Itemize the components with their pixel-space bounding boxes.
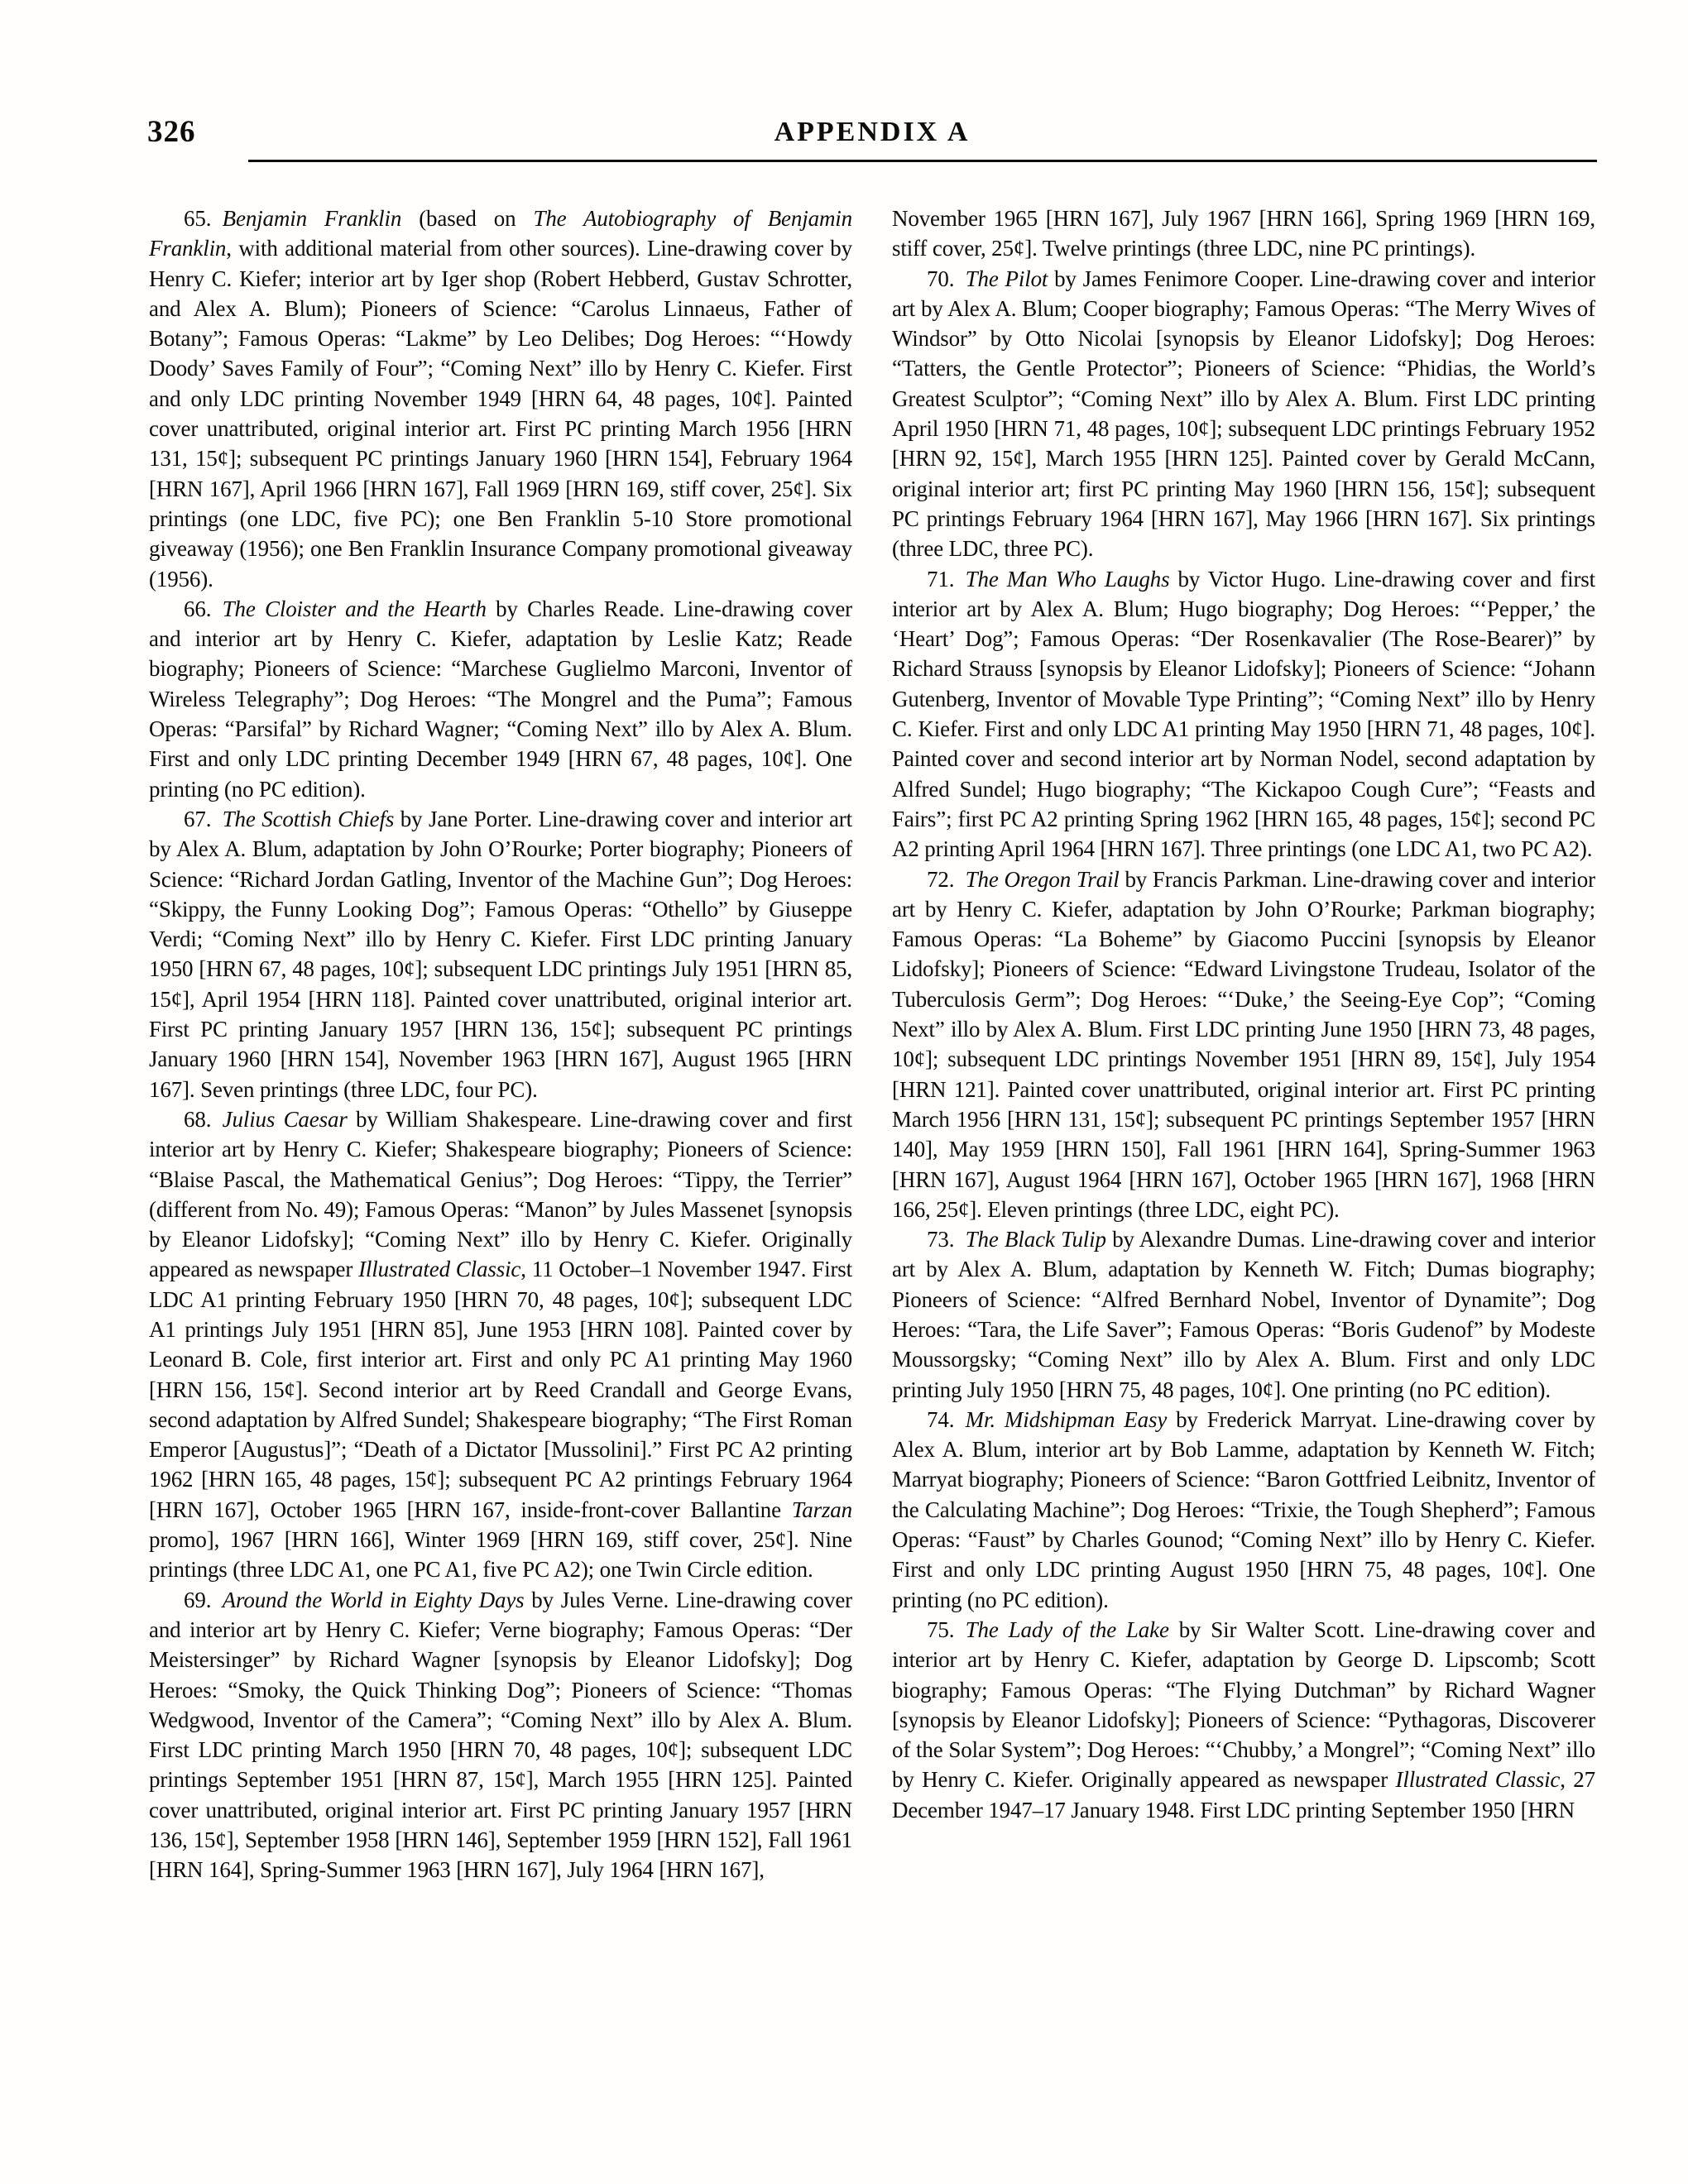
book-title-italic: The Scottish Chiefs — [223, 807, 395, 831]
book-title-italic: The Man Who Laughs — [966, 567, 1170, 591]
text-run: by Jane Porter. Line-drawing cover and i… — [149, 807, 852, 1102]
text-run: by James Fenimore Cooper. Line-drawing c… — [892, 266, 1595, 562]
header-rule — [248, 160, 1597, 162]
book-title-italic: Tarzan — [792, 1497, 852, 1522]
text-run: by Charles Reade. Line-drawing cover and… — [149, 596, 852, 802]
text-run: 70. — [927, 266, 966, 291]
text-run: , with additional material from other so… — [149, 236, 852, 591]
text-run: 68. — [184, 1107, 223, 1132]
book-title-italic: Around the World in Eighty Days — [223, 1588, 525, 1612]
book-title-italic: The Pilot — [966, 266, 1048, 291]
running-head-title: APPENDIX A — [149, 117, 1595, 148]
entry-72: 72. The Oregon Trail by Francis Parkman.… — [892, 864, 1595, 1225]
entry-70: 70. The Pilot by James Fenimore Cooper. … — [892, 264, 1595, 564]
text-run: 72. — [927, 867, 966, 892]
right-column: November 1965 [HRN 167], July 1967 [HRN … — [892, 204, 1595, 1825]
text-run: by Alexandre Dumas. Line-drawing cover a… — [892, 1227, 1595, 1401]
left-column: 65. Benjamin Franklin (based on The Auto… — [149, 204, 852, 1885]
book-title-italic: The Lady of the Lake — [966, 1617, 1169, 1642]
book-title-italic: Julius Caesar — [223, 1107, 348, 1132]
text-run: by Victor Hugo. Line-drawing cover and f… — [892, 567, 1595, 862]
entry-74: 74. Mr. Midshipman Easy by Frederick Mar… — [892, 1405, 1595, 1615]
text-run: by William Shakespeare. Line-drawing cov… — [149, 1107, 852, 1281]
book-page: 326 APPENDIX A 65. Benjamin Franklin (ba… — [0, 0, 1688, 2184]
entry-67: 67. The Scottish Chiefs by Jane Porter. … — [149, 804, 852, 1104]
text-run: 73. — [927, 1227, 966, 1252]
text-run: 75. — [927, 1617, 966, 1642]
entry-75: 75. The Lady of the Lake by Sir Walter S… — [892, 1615, 1595, 1825]
text-run: by Frederick Marryat. Line-drawing cover… — [892, 1407, 1595, 1612]
text-run: , 11 October–1 November 1947. First LDC … — [149, 1257, 852, 1521]
book-title-italic: The Oregon Trail — [966, 867, 1120, 892]
entry-69: 69. Around the World in Eighty Days by J… — [149, 1585, 852, 1885]
entry-69-continued: November 1965 [HRN 167], July 1967 [HRN … — [892, 204, 1595, 264]
text-run: promo], 1967 [HRN 166], Winter 1969 [HRN… — [149, 1527, 852, 1582]
text-run: 65. — [184, 206, 223, 231]
book-title-italic: Illustrated Classic — [358, 1257, 520, 1281]
entry-68: 68. Julius Caesar by William Shakespeare… — [149, 1104, 852, 1585]
text-columns: 65. Benjamin Franklin (based on The Auto… — [149, 204, 1595, 1885]
entry-66: 66. The Cloister and the Hearth by Charl… — [149, 594, 852, 804]
text-run: 74. — [927, 1407, 966, 1432]
book-title-italic: Mr. Midshipman Easy — [966, 1407, 1168, 1432]
book-title-italic: Benjamin Franklin — [223, 206, 402, 231]
text-run: 67. — [184, 807, 223, 831]
text-run: by Sir Walter Scott. Line-drawing cover … — [892, 1617, 1595, 1792]
book-title-italic: The Cloister and the Hearth — [223, 596, 487, 621]
entry-73: 73. The Black Tulip by Alexandre Dumas. … — [892, 1224, 1595, 1405]
text-run: 71. — [927, 567, 966, 591]
text-run: 69. — [184, 1588, 223, 1612]
entry-71: 71. The Man Who Laughs by Victor Hugo. L… — [892, 564, 1595, 864]
book-title-italic: Illustrated Classic — [1396, 1767, 1561, 1792]
text-run: by Jules Verne. Line-drawing cover and i… — [149, 1588, 852, 1883]
entry-65: 65. Benjamin Franklin (based on The Auto… — [149, 204, 852, 594]
text-run: November 1965 [HRN 167], July 1967 [HRN … — [892, 206, 1595, 261]
text-run: 66. — [184, 596, 223, 621]
text-run: (based on — [401, 206, 533, 231]
text-run: by Francis Parkman. Line-drawing cover a… — [892, 867, 1595, 1222]
book-title-italic: The Black Tulip — [966, 1227, 1106, 1252]
